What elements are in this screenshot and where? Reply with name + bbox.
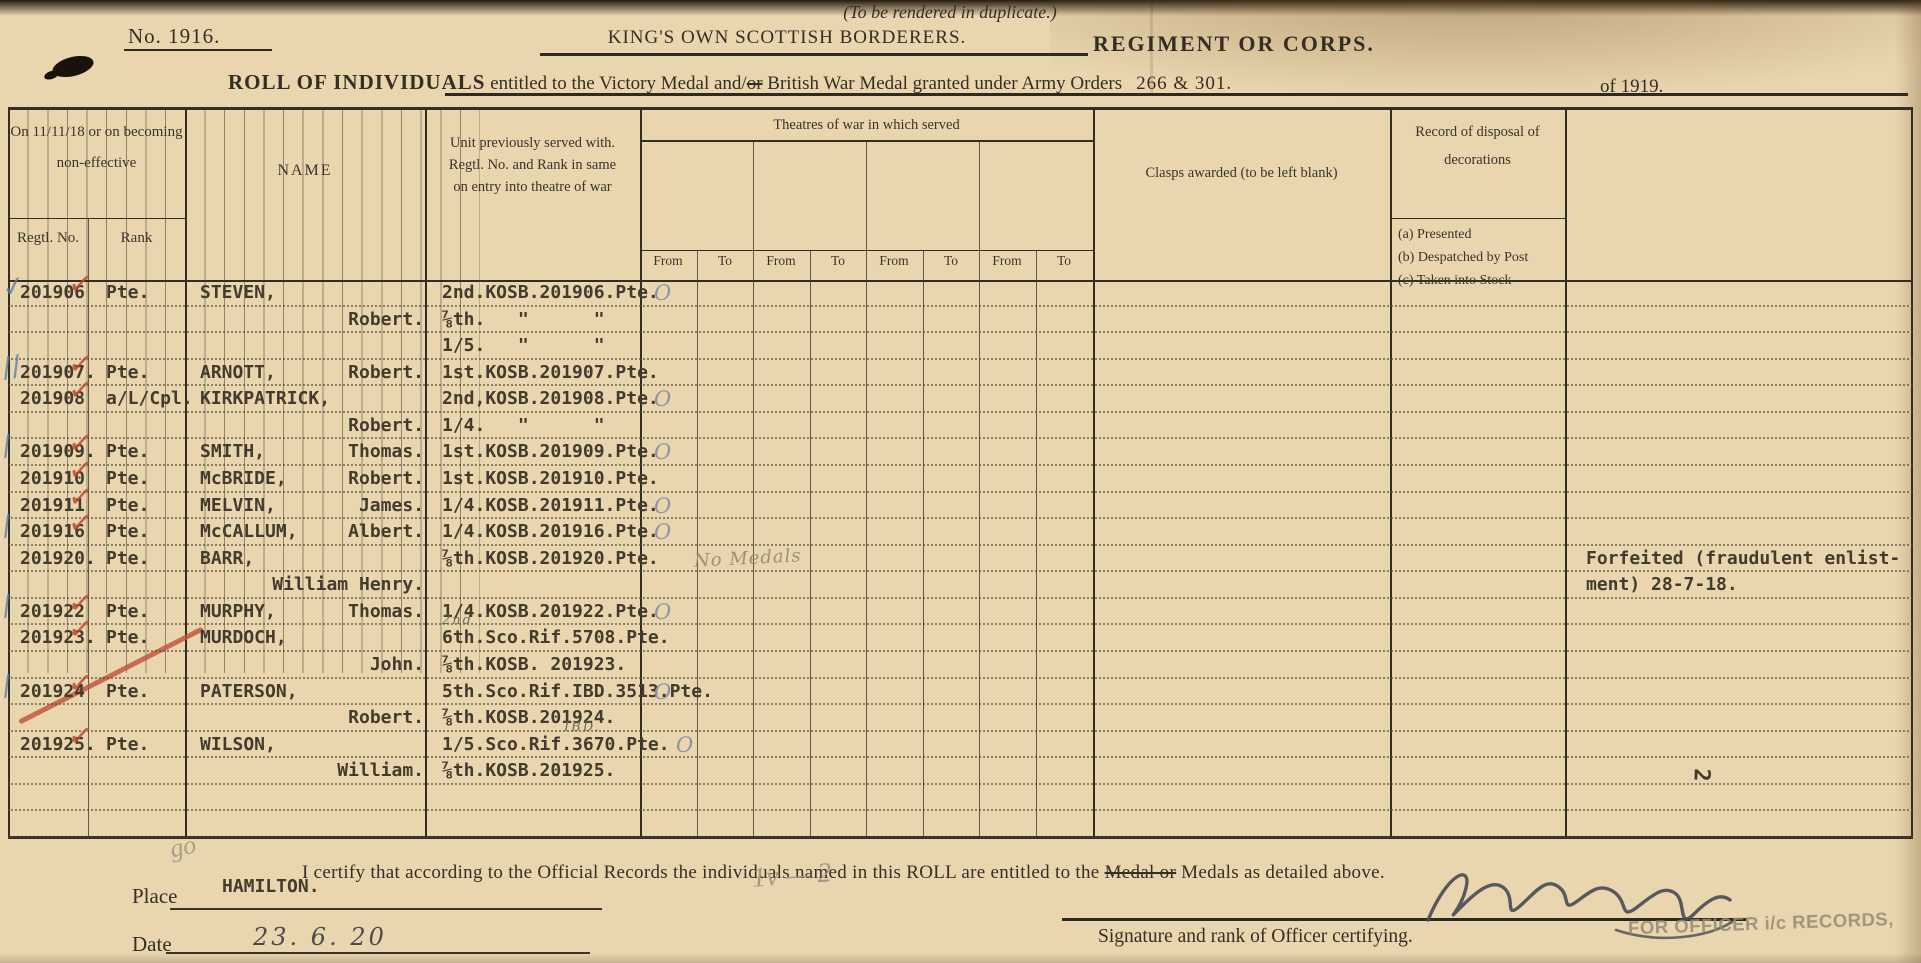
table-row: 201908 ✓ a/L/Cpl. KIRKPATRICK, 2nd,KOSB.…	[8, 386, 1913, 413]
table-row: Robert. 1/4. " "	[8, 413, 1913, 440]
roll-title: ROLL OF INDIVIDUALS entitled to the Vict…	[228, 70, 1232, 95]
scanned-medal-roll-document: { "page": { "render_note": "(To be rende…	[0, 0, 1921, 963]
column-header-name: NAME	[185, 159, 425, 183]
handwritten-unit-note: IBD.	[564, 721, 601, 734]
rank-value: Pte.	[106, 439, 149, 465]
disposal-option-a: (a) Presented	[1398, 227, 1568, 243]
date-value-handwritten: 23. 6. 20	[253, 923, 387, 951]
army-orders-number: 266 & 301.	[1122, 73, 1232, 94]
no-medals-note: No Medals	[693, 543, 802, 575]
surname-value: STEVEN,	[200, 280, 276, 306]
surname-value: WILSON,	[200, 732, 276, 758]
from-label: From	[866, 253, 922, 269]
rank-value: Pte.	[106, 466, 149, 492]
red-tick-mark: ✓	[67, 616, 95, 644]
unit-value: 1/5.Sco.Rif.3670.Pte.	[442, 732, 670, 758]
table-row: Robert. ⅞th. " "	[8, 307, 1913, 334]
forename-value: William Henry.	[200, 572, 424, 598]
table-row: ∕ 201924 ✓ Pte. PATERSON, 5th.Sco.Rif.IB…	[8, 679, 1913, 706]
column-header-unit: Unit previously served with. Regtl. No. …	[425, 133, 640, 198]
document-number-underline	[124, 49, 272, 51]
cert-text-struck: Medal or	[1105, 862, 1177, 883]
forename-value: John.	[200, 652, 424, 678]
table-row: ✓ 201906 ✓ Pte. STEVEN, 2nd.KOSB.201906.…	[8, 280, 1913, 307]
remark-value: Forfeited (fraudulent enlist-	[1586, 546, 1918, 572]
rank-value: Pte.	[106, 732, 149, 758]
table-row: 201923. ✓ Pte. MURDOCH, 6th.Sco.Rif.5708…	[8, 625, 1913, 652]
pencil-circle-mark: O	[676, 732, 693, 758]
rank-value: Pte.	[106, 546, 149, 572]
pencil-circle-mark: O	[654, 386, 671, 412]
pencil-annotation: 1v — 2	[751, 857, 832, 894]
forename-value: Robert.	[200, 307, 424, 333]
table-row	[8, 811, 1913, 838]
unit-value: 1/5. " "	[442, 333, 605, 359]
signature-caption: Signature and rank of Officer certifying…	[1098, 926, 1413, 948]
unit-value: 1st.KOSB.201907.Pte.	[442, 360, 659, 386]
pencil-circle-mark: O	[654, 493, 671, 519]
place-label: Place	[132, 884, 177, 909]
forename-value: Robert.	[200, 466, 424, 492]
scan-bottom-shadow	[0, 953, 1921, 963]
rank-value: Pte.	[106, 625, 149, 651]
table-row	[8, 785, 1913, 812]
unit-value: 1/4. " "	[442, 413, 605, 439]
regiment-name: KING'S OWN SCOTTISH BORDERERS.	[557, 27, 1017, 49]
forename-value: James.	[200, 493, 424, 519]
from-label: From	[753, 253, 809, 269]
pencil-circle-mark: O	[654, 679, 671, 705]
disposal-option-b: (b) Despatched by Post	[1398, 250, 1568, 266]
rank-value: Pte.	[106, 519, 149, 545]
ink-blot	[50, 52, 95, 81]
to-label: To	[810, 253, 866, 269]
unit-value: 1st.KOSB.201909.Pte.	[442, 439, 659, 465]
table-row: 1/5. " "	[8, 333, 1913, 360]
place-underline	[170, 908, 602, 910]
forename-value: Robert.	[200, 360, 424, 386]
cert-text-post: Medals as detailed above.	[1176, 862, 1385, 883]
table-body: ✓ 201906 ✓ Pte. STEVEN, 2nd.KOSB.201906.…	[8, 280, 1913, 840]
unit-value: ⅞th.KOSB.201925.	[442, 758, 615, 784]
table-row: ∕ 201909. ✓ Pte. SMITH, Thomas. 1st.KOSB…	[8, 439, 1913, 466]
handwritten-unit-note: 2nd ″ ″	[442, 614, 523, 627]
roll-title-struck-or: or	[747, 73, 763, 94]
from-label: From	[640, 253, 696, 269]
unit-value: ⅞th. " "	[442, 307, 605, 333]
rank-value: Pte.	[106, 280, 149, 306]
pencil-circle-mark: O	[654, 599, 671, 625]
red-tick-mark: ✓	[67, 377, 95, 405]
unit-value: 1/4.KOSB.201916.Pte.	[442, 519, 659, 545]
unit-value: 6th.Sco.Rif.5708.Pte.	[442, 625, 670, 651]
duplicate-note: (To be rendered in duplicate.)	[700, 2, 1200, 23]
rank-value: Pte.	[106, 360, 149, 386]
roll-title-text1: entitled to the Victory Medal and/	[485, 73, 746, 94]
place-value: HAMILTON.	[222, 876, 320, 897]
table-row: William. ⅞th.KOSB.201925. 2	[8, 758, 1913, 785]
red-tick-mark: ✓	[67, 510, 95, 538]
regiment-underline	[540, 53, 1088, 56]
unit-value: ⅞th.KOSB.201920.Pte.	[442, 546, 659, 572]
unit-value: 5th.Sco.Rif.IBD.3513.Pte.	[442, 679, 713, 705]
to-label: To	[923, 253, 979, 269]
table-row: John. ⅞th.KOSB. 201923.	[8, 652, 1913, 679]
column-header-disposal: Record of disposal of decorations	[1390, 119, 1565, 174]
to-label: To	[697, 253, 753, 269]
forename-value: William.	[200, 758, 424, 784]
unit-value: 2nd,KOSB.201908.Pte.	[442, 386, 659, 412]
column-header-clasps: Clasps awarded (to be left blank)	[1093, 163, 1390, 185]
forename-value: Thomas.	[200, 439, 424, 465]
table-row: ∕ 201916 ✓ Pte. McCALLUM, Albert. 1/4.KO…	[8, 519, 1913, 546]
table-row: ∕∕ 201907. ✓ Pte. ARNOTT, Robert. 1st.KO…	[8, 360, 1913, 387]
table-row: ∕ 201922 ✓ Pte. MURPHY, Thomas. 1/4.KOSB…	[8, 599, 1913, 626]
regiment-or-corps-label: REGIMENT OR CORPS.	[1093, 31, 1375, 57]
surname-value: MURDOCH,	[200, 625, 287, 651]
surname-value: KIRKPATRICK,	[200, 386, 330, 412]
rank-value: Pte.	[106, 599, 149, 625]
regtl-no-value: 201920.	[20, 546, 96, 572]
table-row: 201925. ✓ Pte. WILSON, 1/5.Sco.Rif.3670.…	[8, 732, 1913, 759]
column-header-regtl-no: Regtl. No.	[8, 227, 88, 250]
column-header-non-effective: On 11/11/18 or on becoming non-effective	[8, 121, 185, 174]
cert-text-pre: I certify that according to the Official…	[302, 862, 1105, 883]
roll-title-text2: British War Medal granted under Army Ord…	[763, 73, 1123, 94]
rank-value: Pte.	[106, 493, 149, 519]
sideways-numeral: 2	[1687, 768, 1713, 782]
table-row: 201910 ✓ Pte. McBRIDE, Robert. 1st.KOSB.…	[8, 466, 1913, 493]
forename-value: Albert.	[200, 519, 424, 545]
red-tick-mark: ✓	[67, 722, 95, 750]
certification-statement: I certify that according to the Official…	[302, 862, 1385, 884]
red-tick-mark: ✓	[67, 669, 95, 697]
red-tick-mark: ✓	[67, 271, 95, 299]
forename-value: Robert.	[200, 705, 424, 731]
unit-value: ⅞th.KOSB. 201923.	[442, 652, 626, 678]
forename-value: Thomas.	[200, 599, 424, 625]
surname-value: BARR,	[200, 546, 254, 572]
column-header-rank: Rank	[88, 227, 185, 250]
roll-title-main: ROLL OF INDIVIDUALS	[228, 70, 485, 94]
rank-value: a/L/Cpl.	[106, 386, 193, 412]
column-header-theatres: Theatres of war in which served	[640, 115, 1093, 137]
pencil-circle-mark: O	[654, 280, 671, 306]
medal-roll-table: On 11/11/18 or on becoming non-effective…	[8, 107, 1913, 840]
surname-value: PATERSON,	[200, 679, 298, 705]
to-label: To	[1036, 253, 1092, 269]
unit-value: 1/4.KOSB.201911.Pte.	[442, 493, 659, 519]
table-row: William Henry. ment) 28-7-18.	[8, 572, 1913, 599]
table-row: 201920. Pte. BARR, ⅞th.KOSB.201920.Pte. …	[8, 546, 1913, 573]
rank-value: Pte.	[106, 679, 149, 705]
date-underline	[166, 952, 590, 954]
pencil-circle-mark: O	[654, 519, 671, 545]
pencil-circle-mark: O	[654, 439, 671, 465]
ink-blot-small	[43, 69, 60, 82]
forename-value: Robert.	[200, 413, 424, 439]
document-number: No. 1916.	[128, 24, 220, 49]
unit-value: 2nd.KOSB.201906.Pte.	[442, 280, 659, 306]
table-row: Robert. ⅞th.KOSB.201924.	[8, 705, 1913, 732]
table-row: 201911 ✓ Pte. MELVIN, James. 1/4.KOSB.20…	[8, 493, 1913, 520]
from-label: From	[979, 253, 1035, 269]
title-underline	[445, 93, 1908, 96]
remark-value: ment) 28-7-18.	[1586, 572, 1918, 598]
unit-value: 1st.KOSB.201910.Pte.	[442, 466, 659, 492]
